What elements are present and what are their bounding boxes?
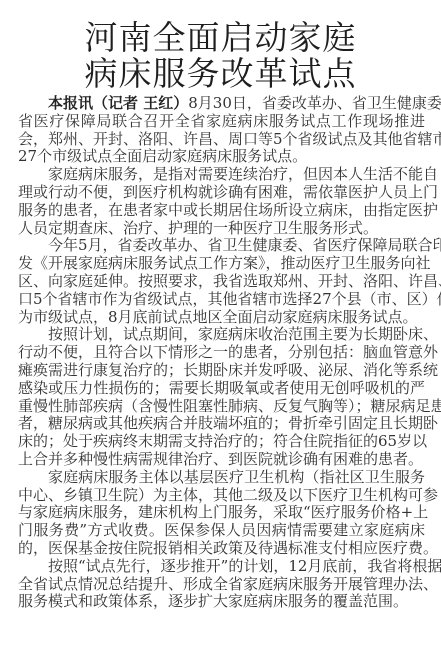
text-line: 省医疗保障局联合召开全省家庭病床服务试点工作现场推进 — [18, 113, 425, 131]
text-line: 理或行动不便，到医疗机构就诊确有困难，需依靠医护人员上门 — [18, 184, 425, 202]
text-line: 床的；处于疾病终末期需支持治疗的；符合住院指征的65岁以 — [18, 433, 425, 451]
text-line: 人员定期查床、治疗、护理的一种医疗卫生服务形式。 — [18, 220, 425, 238]
text-line: 重慢性肺部疾病（含慢性阻塞性肺病、反复气胸等）；糖尿病足患 — [18, 398, 425, 416]
text-line: 口5个省辖市作为省级试点，其他省辖市选择27个县（市、区）作 — [18, 291, 425, 309]
paragraph-5: 家庭病床服务主体以基层医疗卫生机构（指社区卫生服务 中心、乡镇卫生院）为主体，其… — [18, 469, 425, 558]
text-line: 全省试点情况总结提升、形成全省家庭病床服务开展管理办法、 — [18, 576, 425, 594]
text-line: 感染或压力性损伤的；需要长期吸氧或者使用无创呼吸机的严 — [18, 380, 425, 398]
text-line: 瘫痪需进行康复治疗的；长期卧床并发呼吸、泌尿、消化等系统 — [18, 362, 425, 380]
paragraph-4: 按照计划，试点期间，家庭病床收治范围主要为长期卧床、 行动不便，且符合以下情形之… — [18, 326, 425, 468]
paragraph-3: 今年5月，省委改革办、省卫生健康委、省医疗保障局联合印 发《开展家庭病床服务试点… — [18, 237, 425, 326]
text-line: 服务的患者，在患者家中或长期居住场所设立病床，由指定医护 — [18, 202, 425, 220]
text-line: 的，医保基金按住院报销相关政策及待遇标准支付相应医疗费。 — [18, 540, 425, 558]
text-line: 本报讯（记者 王红）8月30日，省委改革办、省卫生健康委、 — [18, 95, 425, 113]
text-line: 家庭病床服务主体以基层医疗卫生机构（指社区卫生服务 — [18, 469, 425, 487]
text-line: 按照计划，试点期间，家庭病床收治范围主要为长期卧床、 — [18, 326, 425, 344]
text-line: 27个市级试点全面启动家庭病床服务试点。 — [18, 148, 425, 166]
text-line: 中心、乡镇卫生院）为主体，其他二级及以下医疗卫生机构可参 — [18, 487, 425, 505]
text-line: 者，糖尿病或其他疾病合并肢端坏疽的；骨折牵引固定且长期卧 — [18, 415, 425, 433]
byline-lead: 本报讯（记者 王红） — [48, 94, 188, 112]
headline-line-2: 病床服务改革试点 — [0, 56, 441, 91]
text-line: 今年5月，省委改革办、省卫生健康委、省医疗保障局联合印 — [18, 237, 425, 255]
text-line: 服务模式和政策体系，逐步扩大家庭病床服务的覆盖范围。 — [18, 593, 425, 611]
text-line: 行动不便，且符合以下情形之一的患者，分别包括：脑血管意外 — [18, 344, 425, 362]
article-body: 本报讯（记者 王红）8月30日，省委改革办、省卫生健康委、 省医疗保障局联合召开… — [18, 95, 425, 611]
text-line: 为市级试点，8月底前试点地区全面启动家庭病床服务试点。 — [18, 309, 425, 327]
paragraph-1: 本报讯（记者 王红）8月30日，省委改革办、省卫生健康委、 省医疗保障局联合召开… — [18, 95, 425, 166]
text-line: 上合并多种慢性病需规律治疗、到医院就诊确有困难的患者。 — [18, 451, 425, 469]
text-line: 按照“试点先行，逐步推开”的计划，12月底前，我省将根据 — [18, 558, 425, 576]
text-line: 发《开展家庭病床服务试点工作方案》，推动医疗卫生服务向社 — [18, 255, 425, 273]
headline-line-1: 河南全面启动家庭 — [0, 20, 441, 55]
paragraph-2: 家庭病床服务，是指对需要连续治疗，但因本人生活不能自 理或行动不便，到医疗机构就… — [18, 166, 425, 237]
paragraph-6: 按照“试点先行，逐步推开”的计划，12月底前，我省将根据 全省试点情况总结提升、… — [18, 558, 425, 611]
text-line: 会，郑州、开封、洛阳、许昌、周口等5个省级试点及其他省辖市 — [18, 131, 425, 149]
text-line: 家庭病床服务，是指对需要连续治疗，但因本人生活不能自 — [18, 166, 425, 184]
text-line: 与家庭病床服务，建床机构上门服务，采取“医疗服务价格+上 — [18, 504, 425, 522]
text-line: 门服务费”方式收费。医保参保人员因病情需要建立家庭病床 — [18, 522, 425, 540]
text-line: 区、向家庭延伸。按照要求，我省选取郑州、开封、洛阳、许昌、周 — [18, 273, 425, 291]
